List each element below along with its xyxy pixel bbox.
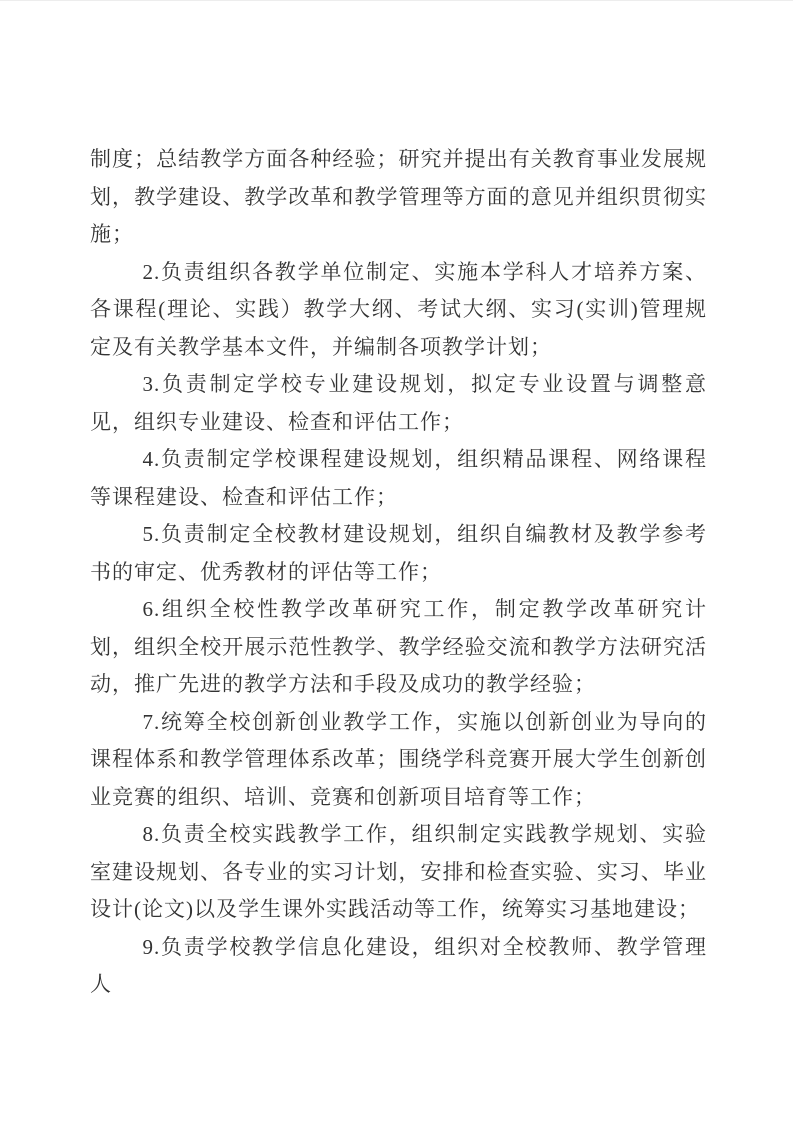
paragraph-item-5: 5.负责制定全校教材建设规划，组织自编教材及教学参考书的审定、优秀教材的评估等工… [90,516,707,591]
paragraph-item-8: 8.负责全校实践教学工作，组织制定实践教学规划、实验室建设规划、各专业的实习计划… [90,816,707,929]
document-page: 制度；总结教学方面各种经验；研究并提出有关教育事业发展规划，教学建设、教学改革和… [0,0,793,1122]
paragraph-1-continuation: 制度；总结教学方面各种经验；研究并提出有关教育事业发展规划，教学建设、教学改革和… [90,141,707,254]
paragraph-item-3: 3.负责制定学校专业建设规划，拟定专业设置与调整意见，组织专业建设、检查和评估工… [90,366,707,441]
paragraph-item-4: 4.负责制定学校课程建设规划，组织精品课程、网络课程等课程建设、检查和评估工作； [90,441,707,516]
paragraph-item-2: 2.负责组织各教学单位制定、实施本学科人才培养方案、各课程(理论、实践）教学大纲… [90,254,707,367]
paragraph-item-7: 7.统筹全校创新创业教学工作，实施以创新创业为导向的课程体系和教学管理体系改革；… [90,704,707,817]
paragraph-item-6: 6.组织全校性教学改革研究工作，制定教学改革研究计划，组织全校开展示范性教学、教… [90,591,707,704]
paragraph-item-9: 9.负责学校教学信息化建设，组织对全校教师、教学管理人 [90,929,707,1004]
document-body: 制度；总结教学方面各种经验；研究并提出有关教育事业发展规划，教学建设、教学改革和… [90,141,707,1004]
